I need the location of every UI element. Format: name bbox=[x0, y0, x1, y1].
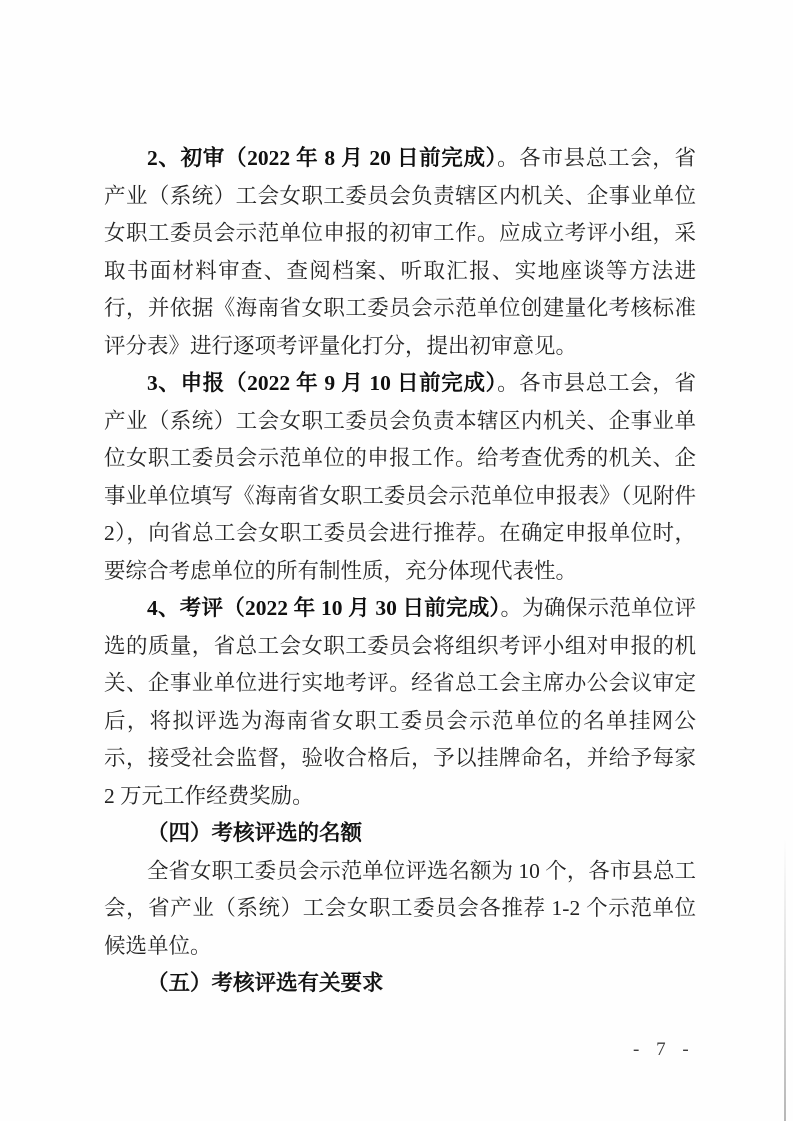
paragraph-quota: 全省女职工委员会示范单位评选名额为 10 个，各市县总工会，省产业（系统）工会女… bbox=[104, 853, 696, 966]
section-heading-requirements: （五）考核评选有关要求 bbox=[104, 965, 696, 1003]
document-body: 2、初审（2022 年 8 月 20 日前完成）。各市县总工会，省产业（系统）工… bbox=[104, 140, 696, 1003]
paragraph-lead-declaration: 3、申报（2022 年 9 月 10 日前完成） bbox=[147, 371, 497, 395]
paragraph-text-declaration: 。各市县总工会，省产业（系统）工会女职工委员会负责本辖区内机关、企事业单位女职工… bbox=[104, 371, 696, 583]
document-page: 2、初审（2022 年 8 月 20 日前完成）。各市县总工会，省产业（系统）工… bbox=[0, 0, 793, 1121]
section-heading-quota: （四）考核评选的名额 bbox=[104, 815, 696, 853]
paragraph-lead-preliminary-review: 2、初审（2022 年 8 月 20 日前完成） bbox=[147, 146, 497, 170]
paragraph-evaluation: 4、考评（2022 年 10 月 30 日前完成）。为确保示范单位评选的质量，省… bbox=[104, 590, 696, 815]
paragraph-lead-evaluation: 4、考评（2022 年 10 月 30 日前完成） bbox=[147, 596, 501, 620]
page-number: - 7 - bbox=[633, 1039, 695, 1061]
paragraph-preliminary-review: 2、初审（2022 年 8 月 20 日前完成）。各市县总工会，省产业（系统）工… bbox=[104, 140, 696, 365]
paragraph-text-preliminary-review: 。各市县总工会，省产业（系统）工会女职工委员会负责辖区内机关、企事业单位女职工委… bbox=[104, 146, 696, 358]
paragraph-declaration: 3、申报（2022 年 9 月 10 日前完成）。各市县总工会，省产业（系统）工… bbox=[104, 365, 696, 590]
paragraph-text-evaluation: 。为确保示范单位评选的质量，省总工会女职工委员会将组织考评小组对申报的机关、企事… bbox=[104, 596, 696, 808]
scan-artifact-line bbox=[784, 838, 786, 1121]
